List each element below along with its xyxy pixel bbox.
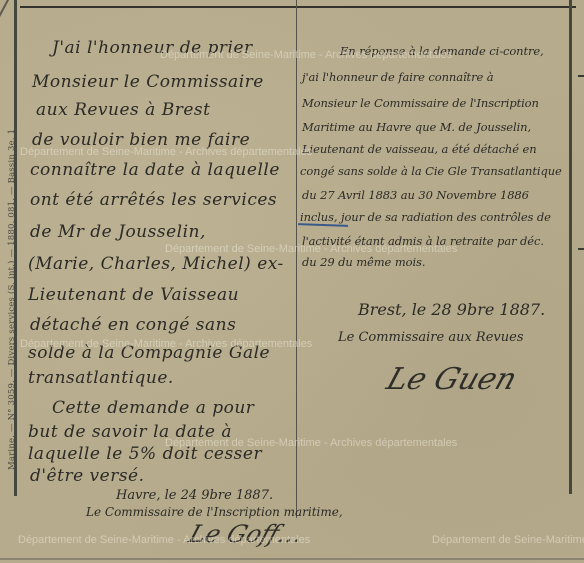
left-line: ont été arrêtés les services (30, 190, 277, 210)
right-line: En réponse à la demande ci-contre, (340, 44, 544, 58)
left-line: de vouloir bien me faire (32, 130, 250, 150)
right-line: congé sans solde à la Cie Gle Transatlan… (300, 164, 562, 178)
blue-pencil-underline (298, 223, 348, 227)
document-page: Marine. — N° 3059. — Divers services (S.… (0, 0, 584, 563)
edge-tick (578, 248, 584, 250)
printed-form-reference: Marine. — N° 3059. — Divers services (S.… (7, 150, 17, 470)
left-signatory-title: Le Commissaire de l'Inscription maritime… (86, 505, 343, 519)
right-date-line: Brest, le 28 9bre 1887. (358, 300, 545, 319)
right-line: du 29 du même mois. (302, 255, 425, 269)
right-line: du 27 Avril 1883 au 30 Novembre 1886 (302, 188, 529, 202)
right-line: Monsieur le Commissaire de l'Inscription (302, 96, 539, 110)
left-line: but de savoir la date à (28, 422, 232, 442)
left-line: Cette demande a pour (52, 398, 254, 418)
edge-tick (578, 75, 584, 77)
right-line: Maritime au Havre que M. de Jousselin, (302, 120, 531, 134)
bottom-edge (0, 558, 584, 560)
top-rule (20, 6, 576, 8)
left-signature: Le Goff… (185, 520, 307, 548)
left-line: d'être versé. (30, 466, 145, 486)
left-date-line: Havre, le 24 9bre 1887. (116, 488, 273, 503)
right-signatory-title: Le Commissaire aux Revues (338, 330, 524, 345)
right-line: j'ai l'honneur de faire connaître à (302, 70, 493, 84)
right-line: inclus, jour de sa radiation des contrôl… (300, 210, 551, 224)
left-line: aux Revues à Brest (36, 100, 210, 120)
right-margin-rule (569, 0, 572, 494)
left-line: de Mr de Jousselin, (30, 222, 206, 242)
left-line: transatlantique. (28, 368, 174, 388)
right-signature: Le Guen (382, 362, 521, 397)
left-line: (Marie, Charles, Michel) ex- (28, 254, 284, 274)
right-line: l'activité étant admis à la retraite par… (302, 234, 544, 248)
diagonal-pen-stroke (0, 0, 12, 48)
left-line: détaché en congé sans (30, 315, 236, 335)
right-line: Lieutenant de vaisseau, a été détaché en (302, 142, 537, 156)
left-line: connaître la date à laquelle (30, 160, 280, 180)
left-line: solde à la Compagnie Gale (28, 343, 270, 363)
archive-watermark: Département de Seine-Maritime - Archives… (432, 534, 584, 546)
column-divider (296, 0, 297, 518)
left-line: Monsieur le Commissaire (32, 72, 264, 92)
left-line: laquelle le 5% doit cesser (28, 444, 262, 464)
left-line: J'ai l'honneur de prier (52, 38, 253, 58)
left-line: Lieutenant de Vaisseau (28, 285, 239, 305)
